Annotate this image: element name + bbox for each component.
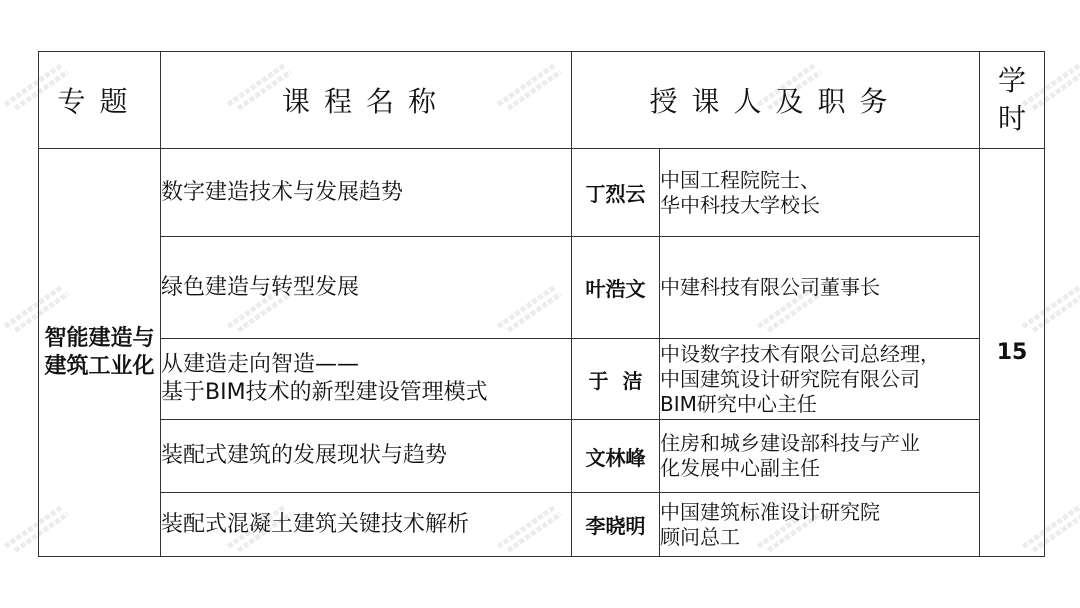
instructor-title-cell: 住房和城乡建设部科技与产业 化发展中心副主任 <box>660 420 980 493</box>
course-name-line: 从建造走向智造—— <box>161 351 571 379</box>
table-row: 装配式建筑的发展现状与趋势 文林峰 住房和城乡建设部科技与产业 化发展中心副主任 <box>39 420 1045 493</box>
table-row: 智能建造与建筑工业化 数字建造技术与发展趋势 丁烈云 中国工程院院士、 华中科技… <box>39 149 1045 237</box>
course-cell: 装配式混凝土建筑关键技术解析 <box>161 493 572 557</box>
instructor-name: 于 洁 <box>572 339 660 420</box>
instructor-title-line: 中国建筑标准设计研究院 <box>660 500 979 525</box>
instructor-title-cell: 中国建筑标准设计研究院 顾问总工 <box>660 493 980 557</box>
course-name: 装配式建筑的发展现状与趋势 <box>161 442 571 470</box>
header-hours-line1: 学 <box>980 62 1044 100</box>
course-cell: 装配式建筑的发展现状与趋势 <box>161 420 572 493</box>
hours-cell: 15 <box>980 149 1045 557</box>
header-topic: 专题 <box>39 52 161 149</box>
header-hours-line2: 时 <box>980 100 1044 138</box>
header-course-name: 课程名称 <box>161 52 572 149</box>
table-row: 从建造走向智造—— 基于BIM技术的新型建设管理模式 于 洁 中设数字技术有限公… <box>39 339 1045 420</box>
instructor-name: 文林峰 <box>572 420 660 493</box>
course-cell: 绿色建造与转型发展 <box>161 237 572 339</box>
instructor-title-line: 中国建筑设计研究院有限公司 <box>660 367 979 392</box>
course-name-line: 基于BIM技术的新型建设管理模式 <box>161 379 571 407</box>
instructor-title-line: 顾问总工 <box>660 525 979 550</box>
header-hours: 学 时 <box>980 52 1045 149</box>
instructor-title-line: 中设数字技术有限公司总经理， <box>660 342 979 367</box>
instructor-title-cell: 中设数字技术有限公司总经理， 中国建筑设计研究院有限公司 BIM研究中心主任 <box>660 339 980 420</box>
instructor-title-line: 中建科技有限公司董事长 <box>660 275 979 300</box>
header-instructor-title: 授课人及职务 <box>572 52 980 149</box>
instructor-title-line: 中国工程院院士、 <box>660 168 979 193</box>
instructor-title-line: 住房和城乡建设部科技与产业 <box>660 431 979 456</box>
instructor-title-line: 华中科技大学校长 <box>660 193 979 218</box>
instructor-title-cell: 中国工程院院士、 华中科技大学校长 <box>660 149 980 237</box>
topic-cell: 智能建造与建筑工业化 <box>39 149 161 557</box>
instructor-title-line: 化发展中心副主任 <box>660 456 979 481</box>
instructor-name: 丁烈云 <box>572 149 660 237</box>
instructor-name: 李晓明 <box>572 493 660 557</box>
table-row: 装配式混凝土建筑关键技术解析 李晓明 中国建筑标准设计研究院 顾问总工 <box>39 493 1045 557</box>
course-name: 绿色建造与转型发展 <box>161 274 571 302</box>
header-row: 专题 课程名称 授课人及职务 学 时 <box>39 52 1045 149</box>
course-schedule-table: 专题 课程名称 授课人及职务 学 时 智能建造与建筑工业化 数字建造技术与发展趋… <box>38 51 1045 557</box>
course-cell: 从建造走向智造—— 基于BIM技术的新型建设管理模式 <box>161 339 572 420</box>
instructor-name: 叶浩文 <box>572 237 660 339</box>
table-row: 绿色建造与转型发展 叶浩文 中建科技有限公司董事长 <box>39 237 1045 339</box>
course-cell: 数字建造技术与发展趋势 <box>161 149 572 237</box>
course-name: 装配式混凝土建筑关键技术解析 <box>161 511 571 539</box>
instructor-title-line: BIM研究中心主任 <box>660 392 979 417</box>
course-name: 数字建造技术与发展趋势 <box>161 179 571 207</box>
instructor-title-cell: 中建科技有限公司董事长 <box>660 237 980 339</box>
